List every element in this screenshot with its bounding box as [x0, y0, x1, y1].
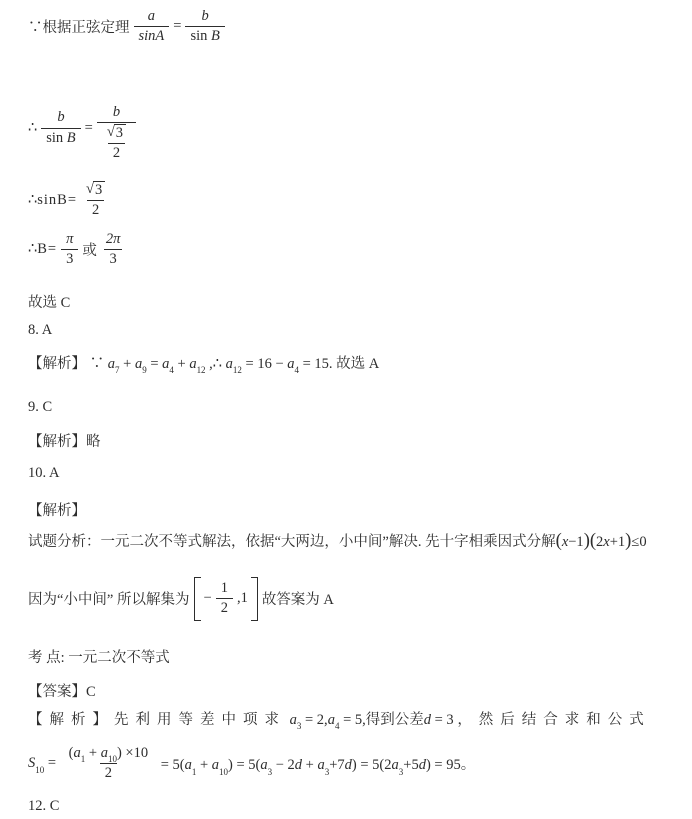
formula-continuation: = 5(a1 + a10) = 5(a3 − 2d + a3+7d) = 5(2…	[157, 753, 475, 774]
interval-content: − 1 2 ,1	[201, 577, 251, 621]
fraction-numerator: √3	[81, 181, 110, 200]
fraction-denominator: 2	[216, 598, 233, 617]
fraction-sqrt3-over-2: √3 2	[81, 181, 110, 219]
equals-sign: =	[173, 18, 181, 35]
analysis-tag: 【解析】	[28, 499, 86, 520]
square-root: √3	[86, 181, 105, 199]
variable-B: B	[211, 28, 220, 44]
square-root: √3	[107, 124, 126, 142]
right-bracket	[251, 577, 258, 621]
or-text: 或	[82, 239, 97, 260]
question-10-analysis-line1: 试题分析：一元二次不等式解法，依据“大两边，小中间”解决. 先十字相乘因式分解(…	[28, 530, 647, 551]
formula-prefix: S10 =	[28, 755, 60, 772]
answer-text: 8. A	[28, 322, 52, 339]
line-lead-text: ∵根据正弦定理	[28, 16, 130, 37]
question-10-answer: 10. A	[28, 465, 59, 482]
B-equals-label: B=	[37, 241, 57, 258]
fraction-denominator: √3 2	[97, 122, 136, 162]
fraction-b-over-sinB: b sin B	[185, 8, 224, 46]
analysis-math-text: 【解析】 ∵ a7 + a9 = a4 + a12 ,∴ a12 = 16 − …	[28, 352, 379, 373]
fraction-1-over-2: 1 2	[216, 580, 233, 618]
question-11-sum-formula: S10 = (a1 + a10) ×10 2 = 5(a1 + a10) = 5…	[28, 745, 475, 783]
sin-function: sin	[46, 130, 63, 146]
question-9-answer: 9. C	[28, 399, 52, 416]
fraction-numerator: π	[61, 231, 78, 249]
question-10-analysis-tag: 【解析】	[28, 499, 86, 520]
analysis-math-text: 【解析】先利用等差中项求 a3 = 2,a4 = 5,得到公差d = 3 ，然后…	[28, 708, 651, 729]
variable-B: B	[67, 130, 76, 146]
fraction-a-over-sinA: a sinA	[134, 8, 170, 46]
interval-set: − 1 2 ,1	[194, 577, 258, 621]
solution7-line-B-value: ∴ B= π 3 或 2π 3	[28, 231, 129, 269]
fraction-numerator: b	[108, 94, 125, 122]
fraction-denominator: sinA	[134, 26, 170, 45]
choose-answer-text: 故选 C	[28, 291, 70, 312]
fraction-numerator: 2π	[101, 231, 126, 249]
line-lead-text: 因为“小中间” 所以解集为	[28, 588, 190, 609]
fraction-numerator: b	[52, 109, 69, 127]
question-8-answer: 8. A	[28, 322, 52, 339]
nested-fraction: b √3 2	[97, 94, 136, 162]
therefore-symbol: ∴	[28, 192, 37, 209]
interval-upper-bound: ,1	[237, 590, 248, 607]
inner-numerator: √3	[102, 124, 131, 143]
fraction-numerator: b	[197, 8, 214, 26]
answer-text: 12. C	[28, 798, 59, 815]
fraction-pi-over-3: π 3	[61, 231, 78, 269]
radicand: 3	[93, 181, 105, 199]
analysis-text: 【解析】略	[28, 430, 101, 451]
left-bracket	[194, 577, 201, 621]
equals-sign: =	[85, 120, 93, 137]
question-11-analysis: 【解析】先利用等差中项求 a3 = 2,a4 = 5,得到公差d = 3 ，然后…	[28, 708, 651, 729]
answer-text: 10. A	[28, 465, 59, 482]
fraction-denominator: 3	[61, 249, 78, 268]
solution7-line-substitution: ∴ b sin B = b √3 2	[28, 94, 140, 162]
fraction-denominator: 2	[100, 763, 117, 782]
fraction-numerator: (a1 + a10) ×10	[64, 745, 153, 763]
solution7-line-sinB-value: ∴ sinB= √3 2	[28, 181, 114, 219]
fraction-denominator: sin B	[185, 26, 224, 45]
document-page: ∵根据正弦定理 a sinA = b sin B ∴ b sin B = b √…	[0, 0, 692, 819]
question-10-analysis-line2: 因为“小中间” 所以解集为 − 1 2 ,1 故答案为 A	[28, 577, 334, 621]
solution7-line-law-of-sines: ∵根据正弦定理 a sinA = b sin B	[28, 8, 229, 46]
minus-sign: −	[204, 590, 212, 607]
question-12-answer: 12. C	[28, 798, 59, 815]
answer-text: 9. C	[28, 399, 52, 416]
inner-fraction-sqrt3-over-2: √3 2	[102, 124, 131, 162]
fraction-denominator: sin B	[41, 128, 80, 147]
radicand: 3	[114, 124, 126, 142]
solution7-conclusion: 故选 C	[28, 291, 70, 312]
fraction-2pi-over-3: 2π 3	[101, 231, 126, 269]
inner-denominator: 2	[108, 143, 125, 162]
fraction-sum-formula: (a1 + a10) ×10 2	[64, 745, 153, 783]
fraction-denominator: 2	[87, 200, 104, 219]
line-tail-text: 故答案为 A	[262, 588, 334, 609]
sin-function: sin	[190, 28, 207, 44]
question-9-analysis: 【解析】略	[28, 430, 101, 451]
therefore-symbol: ∴	[28, 241, 37, 258]
answer-tag-text: 【答案】C	[28, 680, 96, 701]
therefore-symbol: ∴	[28, 120, 37, 137]
question-10-exam-point: 考 点: 一元二次不等式	[28, 646, 170, 667]
fraction-numerator: a	[143, 8, 160, 26]
analysis-math-text: 试题分析：一元二次不等式解法，依据“大两边，小中间”解决. 先十字相乘因式分解(…	[28, 530, 647, 551]
fraction-denominator: 3	[104, 249, 121, 268]
question-11-answer-tag: 【答案】C	[28, 680, 96, 701]
sinB-equals-label: sinB=	[37, 192, 77, 209]
question-8-analysis: 【解析】 ∵ a7 + a9 = a4 + a12 ,∴ a12 = 16 − …	[28, 352, 379, 373]
fraction-b-over-sinB: b sin B	[41, 109, 80, 147]
exam-point-text: 考 点: 一元二次不等式	[28, 646, 170, 667]
fraction-numerator: 1	[216, 580, 233, 598]
